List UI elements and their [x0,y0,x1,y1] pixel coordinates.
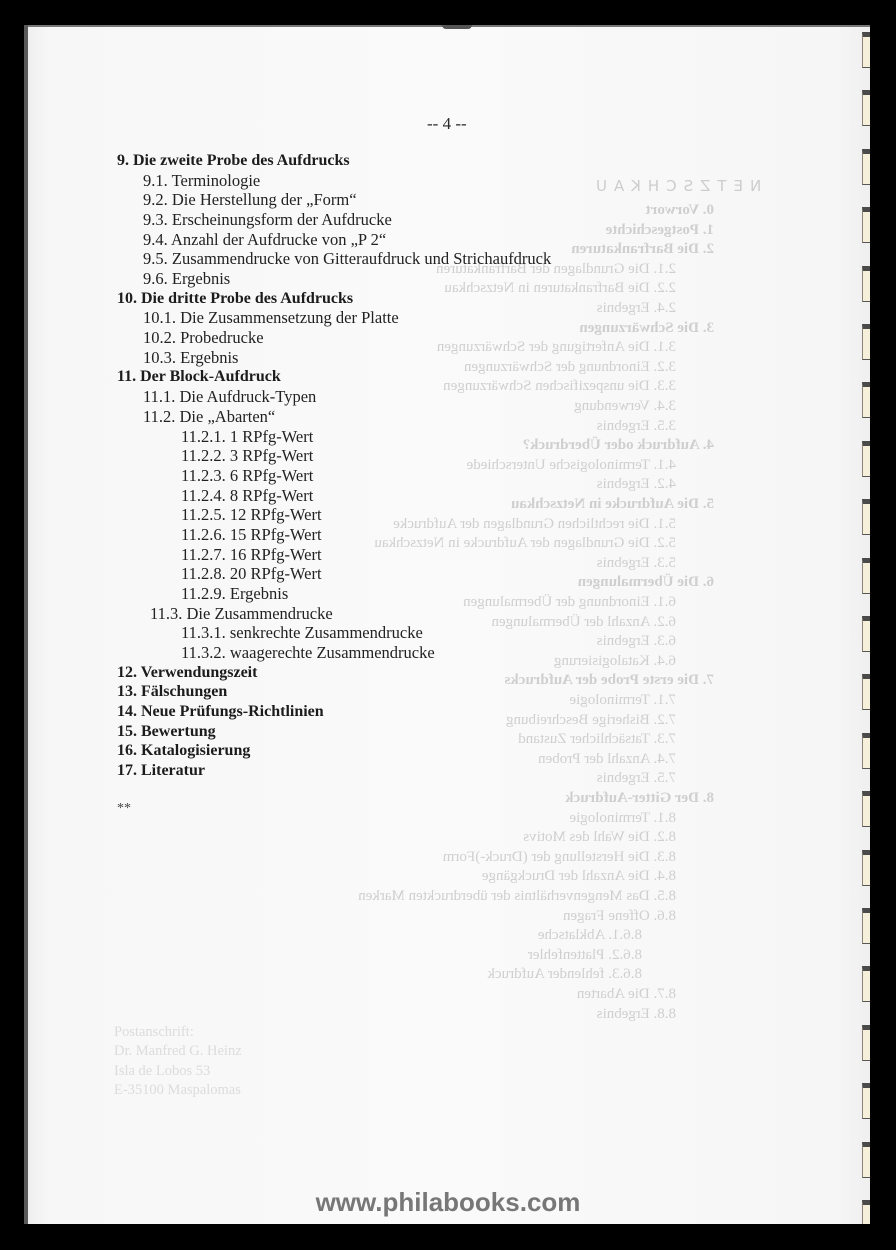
show-through-line: 7.1. Terminologie [569,691,676,711]
toc-entry: 11.2.3. 6 RPfg-Wert [181,466,313,485]
binding-ring [862,32,870,68]
toc-entry: 9.6. Ergebnis [143,269,230,288]
toc-entry: 11.2. Die „Abarten“ [143,407,275,426]
show-through-line: 7. Die erste Probe der Aufdrucks [505,671,714,691]
toc-entry: 10.2. Probedrucke [143,328,264,347]
binding-ring [862,324,870,360]
binding-ring [862,90,870,126]
toc-chapter: 16. Katalogisierung [117,741,250,760]
binding-notch [442,25,472,29]
page-edge [24,25,28,1224]
show-through-line: 3.5. Ergebnis [597,417,676,437]
show-through-line: 0. Vorwort [646,201,714,221]
show-through-address: Postanschrift:Dr. Manfred G. HeinzIsla d… [114,1023,242,1101]
toc-chapter: 9. Die zweite Probe des Aufdrucks [117,151,350,170]
show-through-line: 5.2. Die Grundlagen der Aufdrucke in Net… [374,534,676,554]
toc-entry: 10.1. Die Zusammensetzung der Platte [143,308,399,327]
toc-entry: 10.3. Ergebnis [143,348,238,367]
show-through-line: 8.2. Die Wahl des Motivs [523,828,676,848]
show-through-line: 5. Die Aufdrucke in Netzschkau [511,495,714,515]
toc-chapter: 10. Die dritte Probe des Aufdrucks [117,289,353,308]
show-through-line: 2. Die Barfrankaturen [571,240,714,260]
binding-ring [862,207,870,243]
show-through-line: 2.4. Ergebnis [597,299,676,319]
toc-entry: 11.2.4. 8 RPfg-Wert [181,486,313,505]
toc-chapter: 13. Fälschungen [117,682,227,701]
show-through-line: 6.2. Anzahl der Übermalungen [491,613,676,633]
toc-entry: 11.2.9. Ergebnis [181,584,288,603]
show-through-line: 6.3. Ergebnis [597,632,676,652]
show-through-line: 7.5. Ergebnis [597,769,676,789]
show-through-line: 3.1. Die Anfertigung der Schwärzungen [437,338,676,358]
watermark: www.philabooks.com [0,1187,896,1218]
toc-entry: 11.2.6. 15 RPfg-Wert [181,525,322,544]
toc-entry: 11.3.1. senkrechte Zusammendrucke [181,623,423,642]
show-through-line: 5.3. Ergebnis [597,554,676,574]
show-through-line: 4.2. Ergebnis [597,475,676,495]
show-through-line: 8.3. Die Herstellung der (Druck-)Form [443,848,676,868]
show-through-line: 8. Der Gitter-Aufdruck [565,789,714,809]
toc-entry: 11.2.7. 16 RPfg-Wert [181,545,322,564]
toc-chapter: 17. Literatur [117,761,205,780]
document-page: NETZSCHKAU 0. Vorwort1. Postgeschichte2.… [24,25,870,1224]
show-through-line: 8.1. Terminologie [569,809,676,829]
show-through-line: 6.4. Katalogisierung [554,652,676,672]
binding-ring [862,616,870,652]
show-through-line: 8.8. Ergebnis [597,1005,676,1025]
binding-ring [862,441,870,477]
show-through-title: NETZSCHKAU [589,177,761,195]
show-through-line: 6. Die Übermalungen [578,573,714,593]
toc-entry: 9.3. Erscheinungsform der Aufdrucke [143,210,392,229]
binding-ring [862,850,870,886]
show-through-line: 3. Die Schwärzungen [579,319,714,339]
binding-ring [862,499,870,535]
toc-entry: 9.2. Die Herstellung der „Form“ [143,190,357,209]
binding-ring [862,1083,870,1119]
end-mark: ** [117,801,131,817]
show-through-line: 8.6.3. fehlender Aufdruck [487,965,642,985]
show-through-line: 8.6.2. Plattenfehler [528,946,642,966]
toc-entry: 11.2.1. 1 RPfg-Wert [181,427,313,446]
toc-chapter: 15. Bewertung [117,722,216,741]
show-through-line: 3.3. Die unspezifischen Schwärzungen [443,377,676,397]
show-through-line: 7.3. Tatsächlicher Zustand [518,730,676,750]
show-through-line: 8.7. Die Abarten [577,985,676,1005]
toc-entry: 11.2.5. 12 RPfg-Wert [181,505,322,524]
binding-ring [862,791,870,827]
toc-chapter: 11. Der Block-Aufdruck [117,367,281,386]
binding-ring [862,149,870,185]
binding-ring [862,674,870,710]
show-through-line: 1. Postgeschichte [606,221,714,241]
show-through-line: 3.4. Verwendung [574,397,676,417]
binding-ring [862,266,870,302]
toc-entry: 11.1. Die Aufdruck-Typen [143,387,316,406]
show-through-line: 5.1. Die rechtlichen Grundlagen der Aufd… [393,515,676,535]
show-through-line: 4. Aufdruck oder Überdruck? [523,436,714,456]
show-through-line: 8.5. Das Mengenverhältnis der überdruckt… [358,887,676,907]
binding-ring [862,558,870,594]
show-through-line: 7.2. Bisherige Beschreibung [506,711,676,731]
show-through-line: 8.6. Offene Fragen [563,907,676,927]
spiral-binding [860,25,870,1224]
toc-entry: 9.4. Anzahl der Aufdrucke von „P 2“ [143,230,386,249]
page-number: -- 4 -- [427,114,467,134]
toc-entry: 11.2.2. 3 RPfg-Wert [181,446,313,465]
show-through-line: 4.1. Terminologische Unterschiede [467,456,676,476]
toc-entry: 9.5. Zusammendrucke von Gitteraufdruck u… [143,249,551,268]
binding-ring [862,1025,870,1061]
binding-ring [862,908,870,944]
show-through-line: 3.2. Einordnung der Schwärzungen [464,358,676,378]
binding-ring [862,966,870,1002]
show-through-line: 8.4. Die Anzahl der Druckgänge [482,867,676,887]
binding-ring [862,733,870,769]
toc-entry: 11.3. Die Zusammendrucke [150,604,333,623]
show-through-line: 2.2. Die Barfrankaturen in Netzschkau [444,279,676,299]
binding-ring [862,1142,870,1178]
toc-entry: 11.2.8. 20 RPfg-Wert [181,564,322,583]
show-through-line: 6.1. Einordnung der Übermalungen [463,593,676,613]
toc-entry: 9.1. Terminologie [143,171,260,190]
show-through-line: 8.6.1. Abklatsche [538,926,642,946]
show-through-line: 7.4. Anzahl der Proben [538,750,676,770]
toc-chapter: 14. Neue Prüfungs-Richtlinien [117,702,324,721]
toc-chapter: 12. Verwendungszeit [117,663,257,682]
toc-entry: 11.3.2. waagerechte Zusammendrucke [181,643,435,662]
binding-ring [862,382,870,418]
